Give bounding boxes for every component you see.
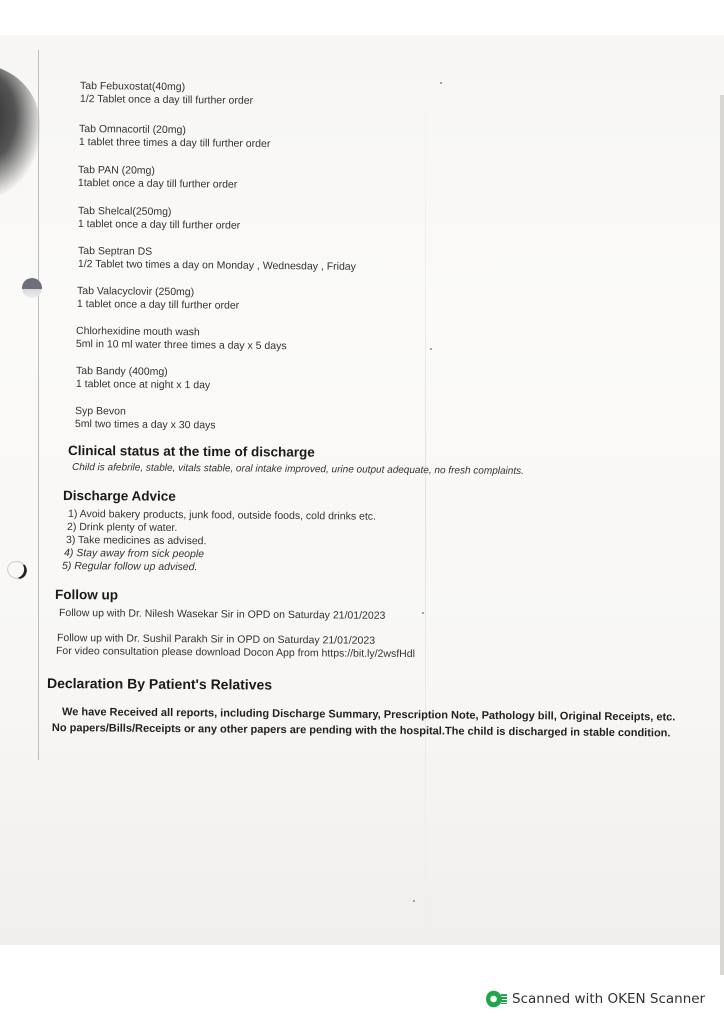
medication-item: Tab Febuxostat(40mg) 1/2 Tablet once a d…	[80, 80, 253, 108]
advice-item: 5) Regular follow up advised.	[62, 560, 198, 573]
speck	[422, 612, 424, 614]
speck	[413, 900, 415, 902]
advice-item: 4) Stay away from sick people	[64, 547, 204, 560]
background-shadow	[0, 65, 40, 195]
fold-line	[425, 70, 426, 930]
advice-item: 3) Take medicines as advised.	[66, 534, 207, 547]
oken-scanner-logo-icon	[486, 990, 504, 1008]
medication-dose: 1/2 Tablet once a day till further order	[80, 93, 253, 108]
follow-up-heading: Follow up	[55, 587, 118, 602]
medication-item: Chlorhexidine mouth wash 5ml in 10 ml wa…	[76, 325, 287, 353]
medication-item: Tab Bandy (400mg) 1 tablet once at night…	[76, 365, 211, 392]
medication-dose: 5ml in 10 ml water three times a day x 5…	[76, 338, 287, 353]
paper-edge	[720, 95, 724, 975]
advice-item: 2) Drink plenty of water.	[67, 521, 177, 534]
clinical-status-heading: Clinical status at the time of discharge	[68, 443, 315, 460]
medication-dose: 1tablet once a day till further order	[78, 177, 237, 192]
watermark-text: Scanned with OKEN Scanner	[512, 991, 705, 1007]
medication-item: Tab Valacyclovir (250mg) 1 tablet once a…	[77, 285, 240, 313]
declaration-heading: Declaration By Patient's Relatives	[47, 675, 272, 693]
medication-dose: 1 tablet once at night x 1 day	[76, 378, 210, 392]
speck	[440, 82, 442, 84]
scanner-watermark: Scanned with OKEN Scanner	[486, 990, 705, 1008]
medication-dose: 5ml two times a day x 30 days	[75, 418, 216, 432]
margin-line	[38, 50, 39, 760]
medication-item: Syp Bevon 5ml two times a day x 30 days	[75, 405, 216, 432]
declaration-body: We have Received all reports, including …	[52, 706, 676, 739]
medication-item: Tab PAN (20mg) 1tablet once a day till f…	[78, 164, 238, 192]
declaration-text: We have Received all reports, including …	[52, 704, 692, 742]
punch-hole-icon	[22, 278, 42, 298]
medication-dose: 1 tablet once a day till further order	[77, 298, 239, 313]
medication-dose: 1 tablet once a day till further order	[78, 218, 240, 233]
medication-item: Tab Omnacortil (20mg) 1 tablet three tim…	[79, 123, 271, 151]
medication-item: Tab Shelcal(250mg) 1 tablet once a day t…	[78, 205, 241, 233]
speck	[430, 348, 432, 350]
medication-item: Tab Septran DS 1/2 Tablet two times a da…	[78, 245, 356, 274]
medication-dose: 1 tablet three times a day till further …	[79, 136, 271, 151]
discharge-advice-heading: Discharge Advice	[63, 488, 176, 504]
